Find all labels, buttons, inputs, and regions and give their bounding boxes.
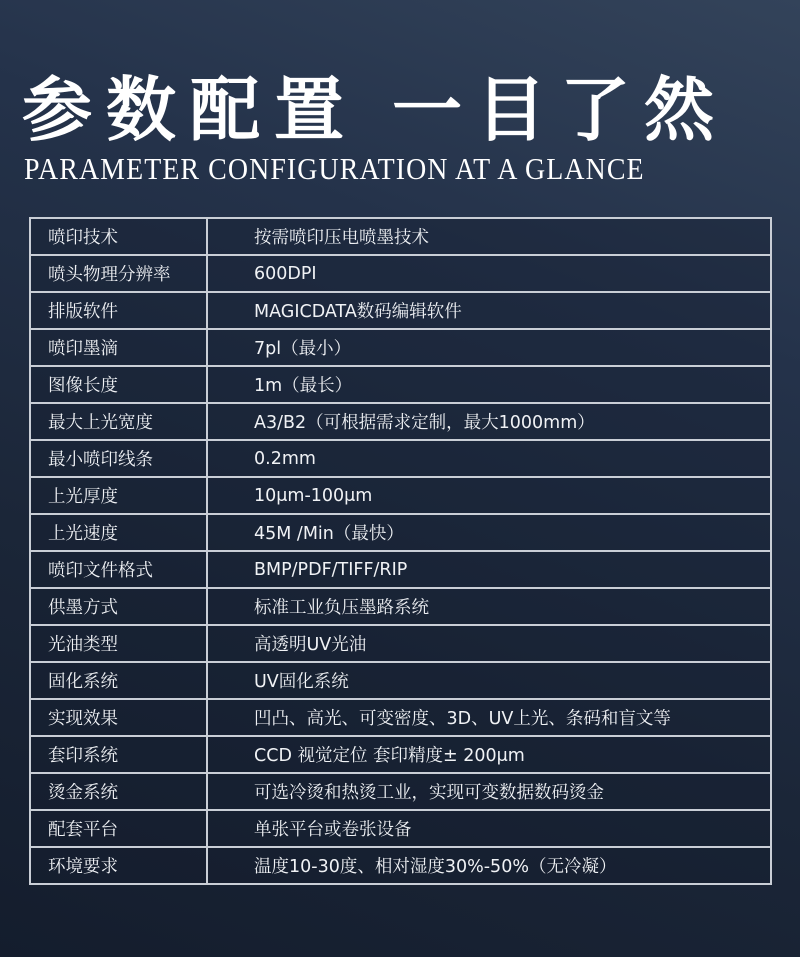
param-label: 光油类型 <box>30 625 207 662</box>
param-value: 高透明UV光油 <box>207 625 771 662</box>
param-label: 烫金系统 <box>30 773 207 810</box>
param-value: 温度10-30度、相对湿度30%-50%（无冷凝） <box>207 847 771 884</box>
table-row: 喷印文件格式BMP/PDF/TIFF/RIP <box>30 551 771 588</box>
title-part-2: 一目了然 <box>392 68 728 151</box>
table-row: 实现效果凹凸、高光、可变密度、3D、UV上光、条码和盲文等 <box>30 699 771 736</box>
param-value: 凹凸、高光、可变密度、3D、UV上光、条码和盲文等 <box>207 699 771 736</box>
table-row: 供墨方式标准工业负压墨路系统 <box>30 588 771 625</box>
param-label: 排版软件 <box>30 292 207 329</box>
table-row: 光油类型高透明UV光油 <box>30 625 771 662</box>
param-label: 环境要求 <box>30 847 207 884</box>
page-title: 参数配置一目了然 <box>22 72 728 148</box>
page-subtitle: PARAMETER CONFIGURATION AT A GLANCE <box>24 152 658 186</box>
table-row: 烫金系统可选冷烫和热烫工业，实现可变数据数码烫金 <box>30 773 771 810</box>
table-row: 最大上光宽度A3/B2（可根据需求定制，最大1000mm） <box>30 403 771 440</box>
param-value: 可选冷烫和热烫工业，实现可变数据数码烫金 <box>207 773 771 810</box>
title-part-1: 参数配置 <box>22 68 358 151</box>
param-value: UV固化系统 <box>207 662 771 699</box>
param-value: MAGICDATA数码编辑软件 <box>207 292 771 329</box>
table-row: 喷头物理分辨率600DPI <box>30 255 771 292</box>
table-row: 排版软件MAGICDATA数码编辑软件 <box>30 292 771 329</box>
param-value: CCD 视觉定位 套印精度± 200μm <box>207 736 771 773</box>
param-label: 喷印文件格式 <box>30 551 207 588</box>
param-label: 最小喷印线条 <box>30 440 207 477</box>
table-row: 固化系统UV固化系统 <box>30 662 771 699</box>
table-row: 最小喷印线条0.2mm <box>30 440 771 477</box>
table-row: 上光速度45M /Min（最快） <box>30 514 771 551</box>
param-value: BMP/PDF/TIFF/RIP <box>207 551 771 588</box>
param-label: 供墨方式 <box>30 588 207 625</box>
parameter-table: 喷印技术按需喷印压电喷墨技术 喷头物理分辨率600DPI 排版软件MAGICDA… <box>29 217 772 885</box>
param-label: 喷头物理分辨率 <box>30 255 207 292</box>
param-label: 喷印技术 <box>30 218 207 255</box>
hero-header: 参数配置一目了然 PARAMETER CONFIGURATION AT A GL… <box>22 72 728 186</box>
table-row: 图像长度1m（最长） <box>30 366 771 403</box>
table-row: 配套平台单张平台或卷张设备 <box>30 810 771 847</box>
param-value: 单张平台或卷张设备 <box>207 810 771 847</box>
param-value: 按需喷印压电喷墨技术 <box>207 218 771 255</box>
param-label: 配套平台 <box>30 810 207 847</box>
param-value: 7pl（最小） <box>207 329 771 366</box>
table-row: 上光厚度10μm-100μm <box>30 477 771 514</box>
param-label: 固化系统 <box>30 662 207 699</box>
param-label: 套印系统 <box>30 736 207 773</box>
param-value: 10μm-100μm <box>207 477 771 514</box>
param-label: 喷印墨滴 <box>30 329 207 366</box>
param-label: 最大上光宽度 <box>30 403 207 440</box>
table-row: 套印系统CCD 视觉定位 套印精度± 200μm <box>30 736 771 773</box>
param-value: 1m（最长） <box>207 366 771 403</box>
table-row: 喷印技术按需喷印压电喷墨技术 <box>30 218 771 255</box>
param-label: 图像长度 <box>30 366 207 403</box>
param-label: 上光速度 <box>30 514 207 551</box>
param-value: 0.2mm <box>207 440 771 477</box>
table-row: 环境要求温度10-30度、相对湿度30%-50%（无冷凝） <box>30 847 771 884</box>
param-label: 实现效果 <box>30 699 207 736</box>
table-row: 喷印墨滴7pl（最小） <box>30 329 771 366</box>
param-value: 标准工业负压墨路系统 <box>207 588 771 625</box>
param-value: 600DPI <box>207 255 771 292</box>
param-label: 上光厚度 <box>30 477 207 514</box>
param-value: A3/B2（可根据需求定制，最大1000mm） <box>207 403 771 440</box>
param-value: 45M /Min（最快） <box>207 514 771 551</box>
